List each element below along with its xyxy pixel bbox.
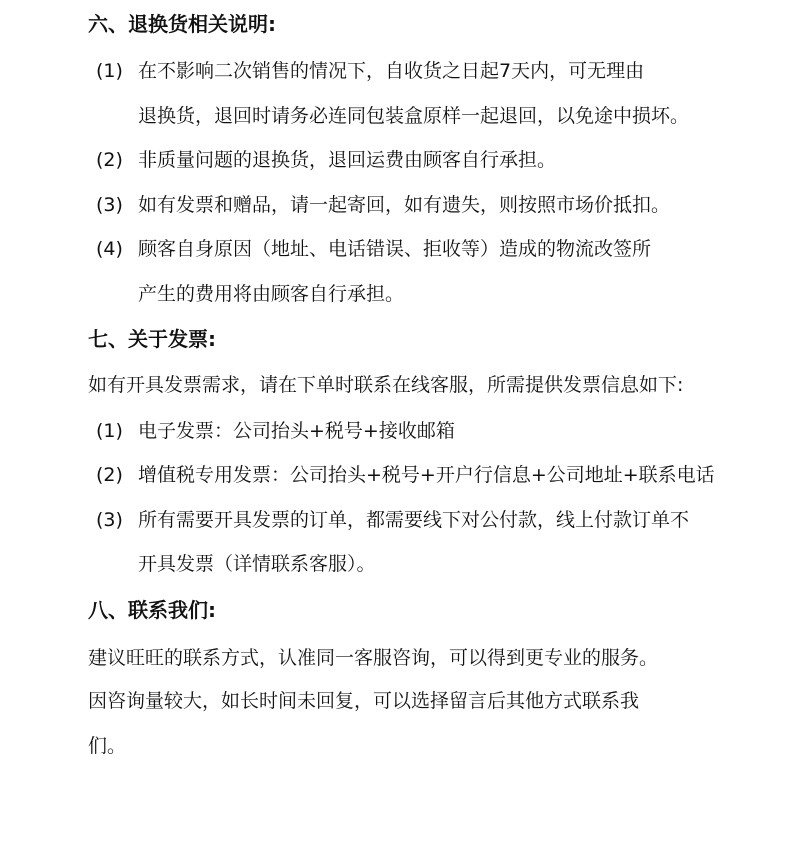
item-text: 在不影响二次销售的情况下，自收货之日起7天内，可无理由 xyxy=(138,60,644,82)
contact-paragraph: 建议旺旺的联系方式，认准同一客服咨询，可以得到更专业的服务。 xyxy=(88,646,658,670)
list-item: (1)电子发票：公司抬头+税号+接收邮箱 xyxy=(96,419,455,443)
section-heading-invoice: 七、关于发票: xyxy=(88,327,216,351)
list-item: (4)顾客自身原因（地址、电话错误、拒收等）造成的物流改签所 xyxy=(96,237,651,261)
list-item: (3)所有需要开具发票的订单，都需要线下对公付款，线上付款订单不 xyxy=(96,508,689,532)
item-text: 非质量问题的退换货，退回运费由顾客自行承担。 xyxy=(138,149,556,171)
item-text: 如有发票和赠品，请一起寄回，如有遗失，则按照市场价抵扣。 xyxy=(138,194,670,216)
item-text-continued: 开具发票（详情联系客服）。 xyxy=(138,552,376,576)
item-text-continued: 产生的费用将由顾客自行承担。 xyxy=(138,282,404,306)
list-item: (2)非质量问题的退换货，退回运费由顾客自行承担。 xyxy=(96,148,556,172)
invoice-intro: 如有开具发票需求，请在下单时联系在线客服，所需提供发票信息如下: xyxy=(88,373,683,397)
item-text: 电子发票：公司抬头+税号+接收邮箱 xyxy=(138,420,455,442)
item-number: (2) xyxy=(96,463,138,487)
section-heading-returns: 六、退换货相关说明: xyxy=(88,12,276,36)
list-item: (3)如有发票和赠品，请一起寄回，如有遗失，则按照市场价抵扣。 xyxy=(96,193,670,217)
item-number: (2) xyxy=(96,148,138,172)
item-text: 增值税专用发票：公司抬头+税号+开户行信息+公司地址+联系电话 xyxy=(138,464,715,486)
item-number: (3) xyxy=(96,508,138,532)
item-text: 顾客自身原因（地址、电话错误、拒收等）造成的物流改签所 xyxy=(138,238,651,260)
item-number: (4) xyxy=(96,237,138,261)
section-heading-contact: 八、联系我们: xyxy=(88,598,216,622)
item-text: 所有需要开具发票的订单，都需要线下对公付款，线上付款订单不 xyxy=(138,509,689,531)
list-item: (2)增值税专用发票：公司抬头+税号+开户行信息+公司地址+联系电话 xyxy=(96,463,715,487)
contact-paragraph: 们。 xyxy=(88,734,126,758)
item-text-continued: 退换货，退回时请务必连同包装盒原样一起退回，以免途中损坏。 xyxy=(138,104,689,128)
contact-paragraph: 因咨询量较大，如长时间未回复，可以选择留言后其他方式联系我 xyxy=(88,689,639,713)
item-number: (3) xyxy=(96,193,138,217)
item-number: (1) xyxy=(96,419,138,443)
list-item: (1)在不影响二次销售的情况下，自收货之日起7天内，可无理由 xyxy=(96,59,644,83)
item-number: (1) xyxy=(96,59,138,83)
